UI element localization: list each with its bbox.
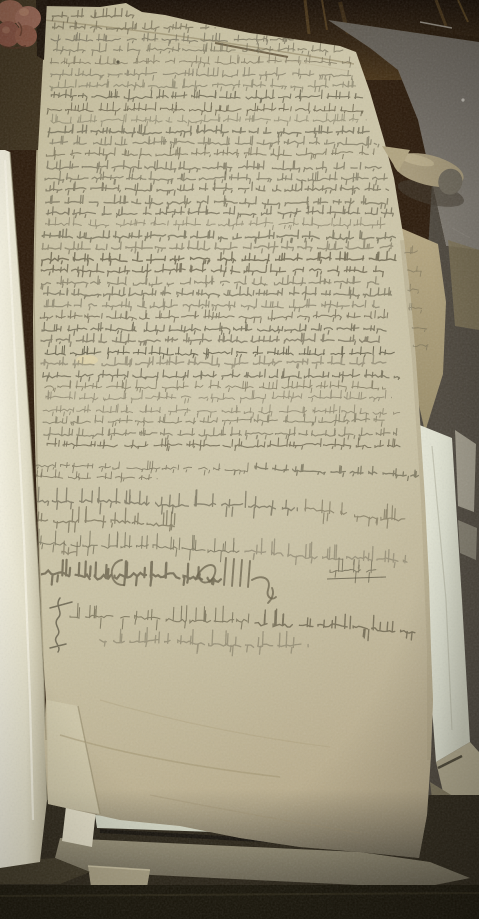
scene-canvas [0,0,479,919]
manuscript-photo: A medieval parchment charter covered in … [0,0,479,919]
vignette-overlay [0,0,479,919]
